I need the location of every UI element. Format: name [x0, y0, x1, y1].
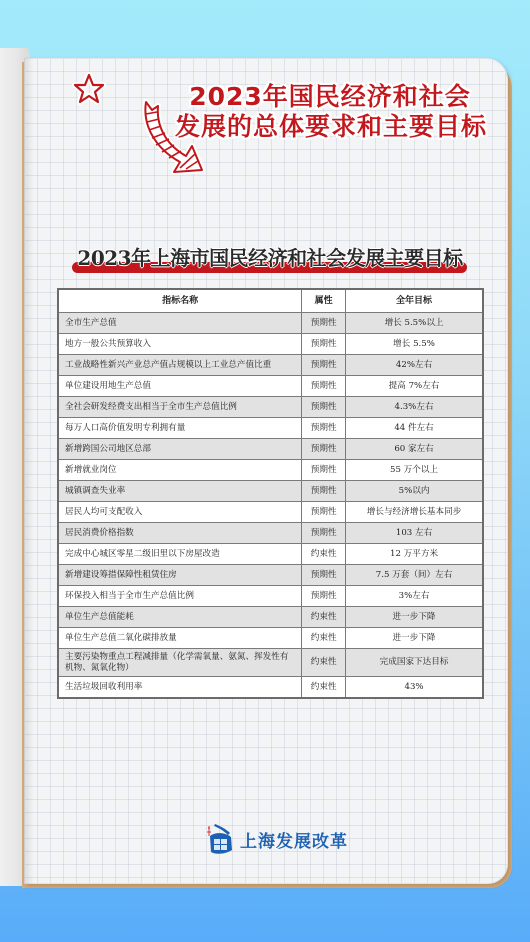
table-row: 地方一般公共预算收入 预期性 增长 5.5%: [58, 334, 483, 355]
indicator-attribute: 约束性: [302, 677, 346, 699]
table-row: 居民消费价格指数 预期性 103 左右: [58, 523, 483, 544]
indicator-target: 12 万平方米: [346, 544, 483, 565]
table-title: 2023年上海市国民经济和社会发展主要目标: [70, 245, 470, 271]
indicator-target: 5%以内: [346, 481, 483, 502]
indicator-name: 主要污染物重点工程减排量（化学需氧量、氨氮、挥发性有机物、氮氧化物）: [58, 649, 302, 677]
indicator-attribute: 预期性: [302, 481, 346, 502]
headline-line-1: 2023年国民经济和社会: [175, 82, 485, 112]
indicator-name: 居民人均可支配收入: [58, 502, 302, 523]
indicator-name: 单位建设用地生产总值: [58, 376, 302, 397]
table-header-row: 指标名称 属性 全年目标: [58, 289, 483, 313]
column-header-indicator: 指标名称: [58, 289, 302, 313]
indicator-name: 单位生产总值二氧化碳排放量: [58, 628, 302, 649]
indicator-attribute: 约束性: [302, 607, 346, 628]
table-row: 完成中心城区零星二级旧里以下房屋改造 约束性 12 万平方米: [58, 544, 483, 565]
indicator-attribute: 约束性: [302, 628, 346, 649]
star-icon: [72, 72, 106, 106]
indicator-target: 103 左右: [346, 523, 483, 544]
notebook-spine-shadow: [24, 58, 34, 884]
indicator-name: 工业战略性新兴产业总产值占规模以上工业总产值比重: [58, 355, 302, 376]
indicator-target: 进一步下降: [346, 628, 483, 649]
indicator-attribute: 预期性: [302, 460, 346, 481]
shanghai-drc-logo-icon: [206, 822, 234, 856]
indicator-name: 生活垃圾回收利用率: [58, 677, 302, 699]
indicator-target: 7.5 万套（间）左右: [346, 565, 483, 586]
indicator-name: 每万人口高价值发明专利拥有量: [58, 418, 302, 439]
indicator-target: 43%: [346, 677, 483, 699]
indicator-attribute: 预期性: [302, 355, 346, 376]
indicator-target: 提高 7%左右: [346, 376, 483, 397]
table-row: 工业战略性新兴产业总产值占规模以上工业总产值比重 预期性 42%左右: [58, 355, 483, 376]
indicator-target: 进一步下降: [346, 607, 483, 628]
table-row: 全社会研发经费支出相当于全市生产总值比例 预期性 4.3%左右: [58, 397, 483, 418]
table-title-block: 2023年上海市国民经济和社会发展主要目标: [70, 245, 470, 275]
goals-table: 指标名称 属性 全年目标 全市生产总值 预期性 增长 5.5%以上 地方一般公共…: [57, 288, 484, 699]
table-row: 单位生产总值二氧化碳排放量 约束性 进一步下降: [58, 628, 483, 649]
indicator-name: 完成中心城区零星二级旧里以下房屋改造: [58, 544, 302, 565]
indicator-name: 新增建设筹措保障性租赁住房: [58, 565, 302, 586]
indicator-attribute: 预期性: [302, 313, 346, 334]
indicator-name: 地方一般公共预算收入: [58, 334, 302, 355]
indicator-name: 新增就业岗位: [58, 460, 302, 481]
indicator-target: 55 万个以上: [346, 460, 483, 481]
indicator-name: 单位生产总值能耗: [58, 607, 302, 628]
indicator-target: 增长与经济增长基本同步: [346, 502, 483, 523]
table-row: 生活垃圾回收利用率 约束性 43%: [58, 677, 483, 699]
indicator-name: 城镇调查失业率: [58, 481, 302, 502]
indicator-attribute: 预期性: [302, 523, 346, 544]
indicator-target: 增长 5.5%: [346, 334, 483, 355]
indicator-target: 44 件左右: [346, 418, 483, 439]
indicator-name: 新增跨国公司地区总部: [58, 439, 302, 460]
indicator-attribute: 预期性: [302, 418, 346, 439]
table-row: 全市生产总值 预期性 增长 5.5%以上: [58, 313, 483, 334]
table-row: 居民人均可支配收入 预期性 增长与经济增长基本同步: [58, 502, 483, 523]
indicator-name: 全市生产总值: [58, 313, 302, 334]
indicator-target: 完成国家下达目标: [346, 649, 483, 677]
column-header-annual-target: 全年目标: [346, 289, 483, 313]
footer-logo-text: 上海发展改革: [240, 827, 348, 852]
column-header-attribute: 属性: [302, 289, 346, 313]
table-row: 新增就业岗位 预期性 55 万个以上: [58, 460, 483, 481]
indicator-name: 居民消费价格指数: [58, 523, 302, 544]
indicator-attribute: 预期性: [302, 376, 346, 397]
table-row: 单位建设用地生产总值 预期性 提高 7%左右: [58, 376, 483, 397]
table-row: 新增建设筹措保障性租赁住房 预期性 7.5 万套（间）左右: [58, 565, 483, 586]
table-row: 新增跨国公司地区总部 预期性 60 家左右: [58, 439, 483, 460]
indicator-target: 增长 5.5%以上: [346, 313, 483, 334]
headline-line-2: 发展的总体要求和主要目标: [175, 112, 485, 142]
indicator-name: 全社会研发经费支出相当于全市生产总值比例: [58, 397, 302, 418]
indicator-name: 环保投入相当于全市生产总值比例: [58, 586, 302, 607]
indicator-attribute: 预期性: [302, 586, 346, 607]
table-row: 每万人口高价值发明专利拥有量 预期性 44 件左右: [58, 418, 483, 439]
indicator-attribute: 预期性: [302, 565, 346, 586]
footer-logo: 上海发展改革: [206, 822, 348, 856]
indicator-target: 3%左右: [346, 586, 483, 607]
indicator-target: 4.3%左右: [346, 397, 483, 418]
table-row: 环保投入相当于全市生产总值比例 预期性 3%左右: [58, 586, 483, 607]
indicator-attribute: 预期性: [302, 334, 346, 355]
indicator-attribute: 预期性: [302, 439, 346, 460]
table-row: 城镇调查失业率 预期性 5%以内: [58, 481, 483, 502]
indicator-attribute: 预期性: [302, 502, 346, 523]
table-row: 单位生产总值能耗 约束性 进一步下降: [58, 607, 483, 628]
indicator-target: 60 家左右: [346, 439, 483, 460]
indicator-attribute: 约束性: [302, 544, 346, 565]
indicator-attribute: 预期性: [302, 397, 346, 418]
page-headline: 2023年国民经济和社会 发展的总体要求和主要目标: [175, 82, 485, 142]
table-row: 主要污染物重点工程减排量（化学需氧量、氨氮、挥发性有机物、氮氧化物） 约束性 完…: [58, 649, 483, 677]
indicator-target: 42%左右: [346, 355, 483, 376]
indicator-attribute: 约束性: [302, 649, 346, 677]
